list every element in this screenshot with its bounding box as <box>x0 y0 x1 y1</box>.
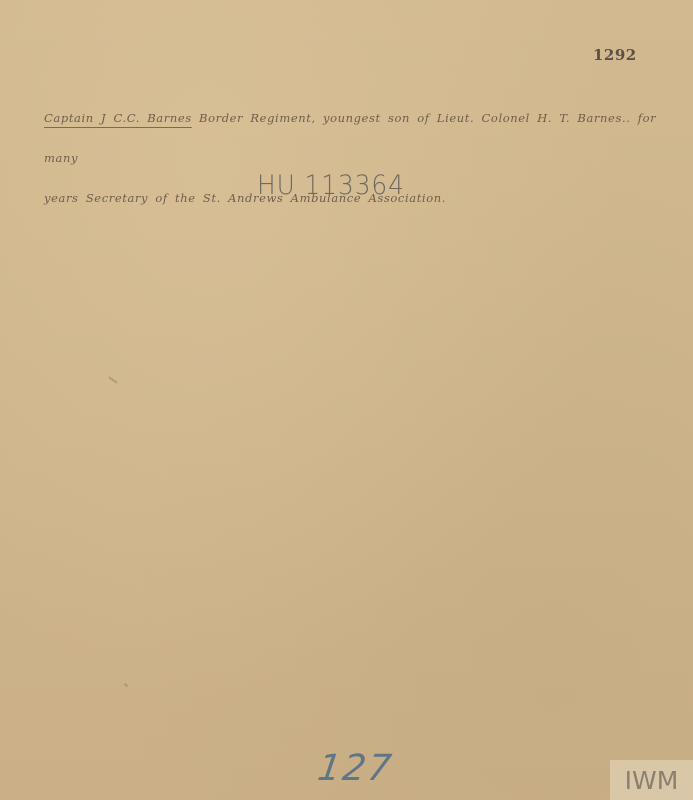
pencil-number: 127 <box>315 748 395 789</box>
reference-number: HU 113364 <box>257 170 405 201</box>
paper-speck <box>124 683 128 687</box>
caption-subject-name: Captain J C.C. Barnes <box>44 111 192 125</box>
iwm-watermark: IWM <box>610 760 693 800</box>
paper-speck <box>108 376 117 383</box>
stamp-number: 1292 <box>593 46 637 64</box>
archive-photo-mount-card: 1292 Captain J C.C. Barnes Border Regime… <box>0 0 693 800</box>
